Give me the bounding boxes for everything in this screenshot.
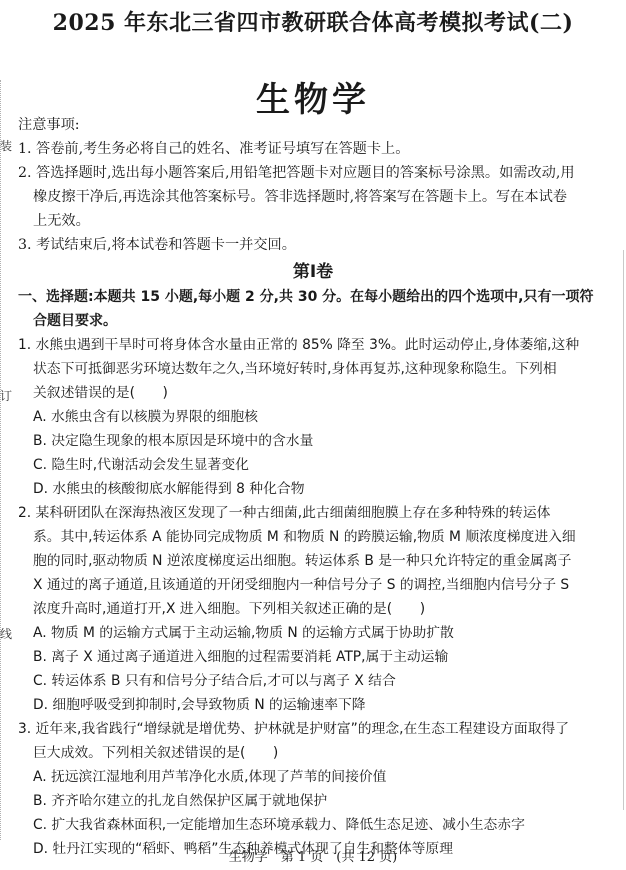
option-a: A. 物质 M 的运输方式属于主动运输,物质 N 的运输方式属于协助扩散 xyxy=(18,621,608,645)
binding-line xyxy=(0,80,3,840)
question-stem-cont: 巨大成效。下列相关叙述错误的是( ) xyxy=(18,741,608,765)
exam-title: 2025 年东北三省四市教研联合体高考模拟考试(二) xyxy=(0,6,626,37)
question-stem-cont: 胞的同时,驱动物质 N 逆浓度梯度运出细胞。转运体系 B 是一种只允许特定的重金… xyxy=(18,549,608,573)
notice-block: 注意事项: 1. 答卷前,考生务必将自己的姓名、准考证号填写在答题卡上。 2. … xyxy=(18,113,608,257)
question-stem-cont: X 通过的离子通道,且该通道的开闭受细胞内一种信号分子 S 的调控,当细胞内信号… xyxy=(18,573,608,597)
notice-item: 1. 答卷前,考生务必将自己的姓名、准考证号填写在答题卡上。 xyxy=(18,137,608,161)
option-b: B. 离子 X 通过离子通道进入细胞的过程需要消耗 ATP,属于主动运输 xyxy=(18,645,608,669)
page-footer: 生物学 第 1 页 (共 12 页) xyxy=(0,846,626,865)
question-stem-cont: 状态下可抵御恶劣环境达数年之久,当环境好转时,身体再复苏,这种现象称隐生。下列相 xyxy=(18,357,608,381)
option-d: D. 水熊虫的核酸彻底水解能得到 8 种化合物 xyxy=(18,477,608,501)
page-edge-line xyxy=(621,250,624,810)
question-stem: 1. 水熊虫遇到干旱时可将身体含水量由正常的 85% 降至 3%。此时运动停止,… xyxy=(18,333,608,357)
binding-char-ding: 订 xyxy=(0,387,12,404)
option-b: B. 齐齐哈尔建立的扎龙自然保护区属于就地保护 xyxy=(18,789,608,813)
notice-item-cont: 橡皮擦干净后,再选涂其他答案标号。答非选择题时,将答案写在答题卡上。写在本试卷 xyxy=(18,185,608,209)
question-stem-cont: 浓度升高时,通道打开,X 进入细胞。下列相关叙述正确的是( ) xyxy=(18,597,608,621)
question-3: 3. 近年来,我省践行“增绿就是增优势、护林就是护财富”的理念,在生态工程建设方… xyxy=(18,717,608,861)
option-a: A. 水熊虫含有以核膜为界限的细胞核 xyxy=(18,405,608,429)
option-d: D. 细胞呼吸受到抑制时,会导致物质 N 的运输速率下降 xyxy=(18,693,608,717)
question-stem: 2. 某科研团队在深海热液区发现了一种古细菌,此古细菌细胞膜上存在多种特殊的转运… xyxy=(18,501,608,525)
section-instruction-cont: 合题目要求。 xyxy=(18,309,608,333)
exam-page: 装 订 线 2025 年东北三省四市教研联合体高考模拟考试(二) 生物学 注意事… xyxy=(0,0,626,870)
question-stem-cont: 系。其中,转运体系 A 能协同完成物质 M 和物质 N 的跨膜运输,物质 M 顺… xyxy=(18,525,608,549)
question-stem: 3. 近年来,我省践行“增绿就是增优势、护林就是护财富”的理念,在生态工程建设方… xyxy=(18,717,608,741)
question-stem-cont: 关叙述错误的是( ) xyxy=(18,381,608,405)
question-2: 2. 某科研团队在深海热液区发现了一种古细菌,此古细菌细胞膜上存在多种特殊的转运… xyxy=(18,501,608,717)
binding-char-xian: 线 xyxy=(0,625,12,642)
question-1: 1. 水熊虫遇到干旱时可将身体含水量由正常的 85% 降至 3%。此时运动停止,… xyxy=(18,333,608,501)
section-title: 第Ⅰ卷 xyxy=(18,259,608,285)
notice-heading: 注意事项: xyxy=(18,113,608,137)
notice-item: 2. 答选择题时,选出每小题答案后,用铅笔把答题卡对应题目的答案标号涂黑。如需改… xyxy=(18,161,608,185)
exam-body: 注意事项: 1. 答卷前,考生务必将自己的姓名、准考证号填写在答题卡上。 2. … xyxy=(18,113,608,861)
option-c: C. 隐生时,代谢活动会发生显著变化 xyxy=(18,453,608,477)
binding-char-zhuang: 装 xyxy=(0,137,12,154)
option-b: B. 决定隐生现象的根本原因是环境中的含水量 xyxy=(18,429,608,453)
notice-item: 3. 考试结束后,将本试卷和答题卡一并交回。 xyxy=(18,233,608,257)
option-c: C. 扩大我省森林面积,一定能增加生态环境承载力、降低生态足迹、减小生态赤字 xyxy=(18,813,608,837)
section-instruction: 一、选择题:本题共 15 小题,每小题 2 分,共 30 分。在每小题给出的四个… xyxy=(18,285,608,309)
notice-item-cont: 上无效。 xyxy=(18,209,608,233)
option-a: A. 抚远滨江湿地利用芦苇净化水质,体现了芦苇的间接价值 xyxy=(18,765,608,789)
option-c: C. 转运体系 B 只有和信号分子结合后,才可以与离子 X 结合 xyxy=(18,669,608,693)
